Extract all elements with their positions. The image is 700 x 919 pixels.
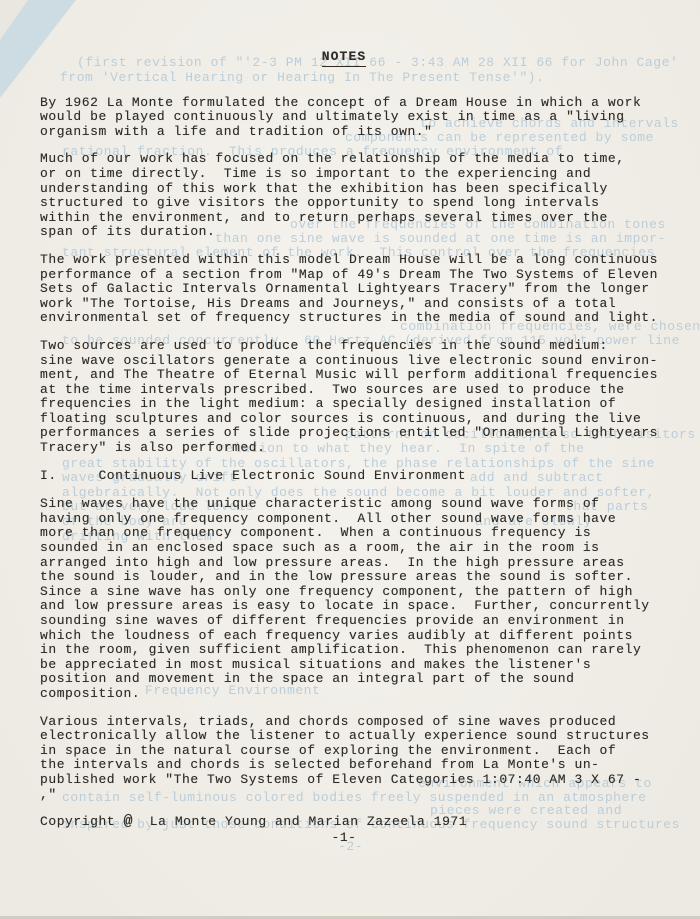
paragraph-dream-house-concept: By 1962 La Monte formulated the concept … — [40, 96, 672, 140]
paragraph-intervals-triads-chords: Various intervals, triads, and chords co… — [40, 715, 672, 803]
typewritten-content: NOTES By 1962 La Monte formulated the co… — [0, 0, 700, 845]
page-title: NOTES — [322, 50, 367, 67]
paragraph-media-to-time: Much of our work has focused on the rela… — [40, 152, 672, 240]
section-heading-sound-environment: I. Continuous Live Electronic Sound Envi… — [40, 469, 672, 484]
copyright-holders: La Monte Young and Marian Zazeela 1971 — [133, 814, 467, 829]
paragraph-two-sources: Two sources are used to produce the freq… — [40, 339, 672, 456]
page-number: -1- — [40, 831, 648, 846]
copyright-symbol: @ — [124, 813, 134, 830]
copyright-prefix: Copyright — [40, 814, 124, 829]
copyright-line: Copyright @ La Monte Young and Marian Za… — [40, 815, 672, 830]
paragraph-sine-waves: Sine waves have the unique characteristi… — [40, 497, 672, 701]
paragraph-model-dream-house: The work presented within this model Dre… — [40, 253, 672, 326]
scanned-page: (first revision of "'2-3 PM 12 XII 66 - … — [0, 0, 700, 919]
title-row: NOTES — [40, 50, 648, 67]
